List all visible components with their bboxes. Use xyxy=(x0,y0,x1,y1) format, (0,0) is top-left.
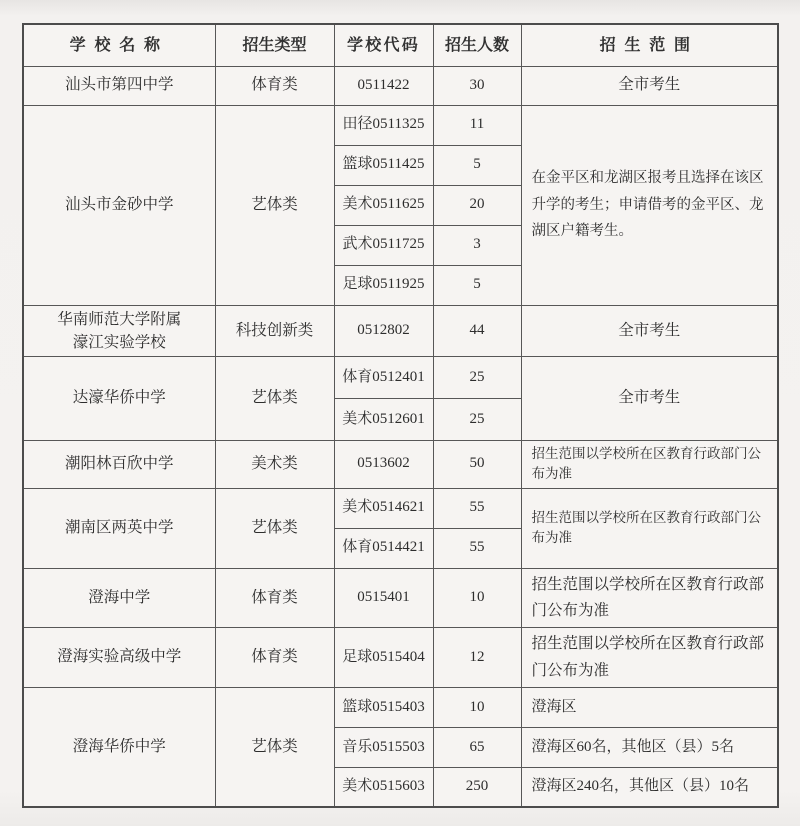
code-cell: 体育0514421 xyxy=(334,528,433,568)
code-cell: 美术0511625 xyxy=(334,185,433,225)
count-cell: 20 xyxy=(433,185,521,225)
count-cell: 30 xyxy=(433,66,521,105)
header-admission-type: 招生类型 xyxy=(215,24,334,66)
school-cell: 汕头市金砂中学 xyxy=(23,105,215,305)
code-cell: 美术0515603 xyxy=(334,767,433,807)
type-cell: 体育类 xyxy=(215,66,334,105)
count-cell: 10 xyxy=(433,568,521,628)
school-cell: 达濠华侨中学 xyxy=(23,357,215,441)
school-cell: 汕头市第四中学 xyxy=(23,66,215,105)
count-cell: 25 xyxy=(433,357,521,399)
code-cell: 美术0512601 xyxy=(334,399,433,441)
code-cell: 足球0511925 xyxy=(334,265,433,305)
code-cell: 音乐0515503 xyxy=(334,727,433,767)
header-row: 学校名称 招生类型 学校代码 招生人数 招生范围 xyxy=(23,24,778,66)
header-school-code: 学校代码 xyxy=(334,24,433,66)
table-row: 汕头市金砂中学 艺体类 田径0511325 11 在金平区和龙湖区报考且选择在该… xyxy=(23,105,778,145)
count-cell: 55 xyxy=(433,488,521,528)
scope-cell: 澄海区 xyxy=(521,687,778,727)
code-cell: 田径0511325 xyxy=(334,105,433,145)
code-cell: 武术0511725 xyxy=(334,225,433,265)
scope-cell: 招生范围以学校所在区教育行政部门公布为准 xyxy=(521,568,778,628)
header-admission-count: 招生人数 xyxy=(433,24,521,66)
code-cell: 足球0515404 xyxy=(334,628,433,688)
table-row: 澄海华侨中学 艺体类 篮球0515403 10 澄海区 xyxy=(23,687,778,727)
table-row: 澄海中学 体育类 0515401 10 招生范围以学校所在区教育行政部门公布为准 xyxy=(23,568,778,628)
header-school-name: 学校名称 xyxy=(23,24,215,66)
header-admission-scope: 招生范围 xyxy=(521,24,778,66)
type-cell: 艺体类 xyxy=(215,687,334,807)
scope-cell: 全市考生 xyxy=(521,66,778,105)
table-row: 达濠华侨中学 艺体类 体育0512401 25 全市考生 xyxy=(23,357,778,399)
count-cell: 55 xyxy=(433,528,521,568)
school-cell: 澄海中学 xyxy=(23,568,215,628)
scope-cell: 在金平区和龙湖区报考且选择在该区升学的考生；申请借考的金平区、龙湖区户籍考生。 xyxy=(521,105,778,305)
scope-cell: 澄海区60名，其他区（县）5名 xyxy=(521,727,778,767)
table-row: 潮阳林百欣中学 美术类 0513602 50 招生范围以学校所在区教育行政部门公… xyxy=(23,441,778,489)
code-cell: 0512802 xyxy=(334,305,433,357)
count-cell: 25 xyxy=(433,399,521,441)
table-row: 潮南区两英中学 艺体类 美术0514621 55 招生范围以学校所在区教育行政部… xyxy=(23,488,778,528)
count-cell: 3 xyxy=(433,225,521,265)
count-cell: 11 xyxy=(433,105,521,145)
admissions-table: 学校名称 招生类型 学校代码 招生人数 招生范围 汕头市第四中学 体育类 051… xyxy=(22,23,779,808)
count-cell: 10 xyxy=(433,687,521,727)
school-cell: 澄海实验高级中学 xyxy=(23,628,215,688)
code-cell: 体育0512401 xyxy=(334,357,433,399)
type-cell: 艺体类 xyxy=(215,357,334,441)
type-cell: 艺体类 xyxy=(215,105,334,305)
code-cell: 0513602 xyxy=(334,441,433,489)
count-cell: 250 xyxy=(433,767,521,807)
type-cell: 体育类 xyxy=(215,568,334,628)
scope-cell: 全市考生 xyxy=(521,305,778,357)
document-page: 学校名称 招生类型 学校代码 招生人数 招生范围 汕头市第四中学 体育类 051… xyxy=(0,0,800,826)
school-cell: 潮阳林百欣中学 xyxy=(23,441,215,489)
code-cell: 0515401 xyxy=(334,568,433,628)
count-cell: 65 xyxy=(433,727,521,767)
school-cell: 澄海华侨中学 xyxy=(23,687,215,807)
school-cell: 华南师范大学附属 濠江实验学校 xyxy=(23,305,215,357)
scope-cell: 澄海区240名，其他区（县）10名 xyxy=(521,767,778,807)
scope-cell: 招生范围以学校所在区教育行政部门公布为准 xyxy=(521,628,778,688)
type-cell: 科技创新类 xyxy=(215,305,334,357)
table-row: 澄海实验高级中学 体育类 足球0515404 12 招生范围以学校所在区教育行政… xyxy=(23,628,778,688)
table-row: 华南师范大学附属 濠江实验学校 科技创新类 0512802 44 全市考生 xyxy=(23,305,778,357)
scope-cell: 全市考生 xyxy=(521,357,778,441)
code-cell: 0511422 xyxy=(334,66,433,105)
scope-cell: 招生范围以学校所在区教育行政部门公布为准 xyxy=(521,441,778,489)
table-row: 汕头市第四中学 体育类 0511422 30 全市考生 xyxy=(23,66,778,105)
type-cell: 艺体类 xyxy=(215,488,334,568)
school-cell: 潮南区两英中学 xyxy=(23,488,215,568)
count-cell: 50 xyxy=(433,441,521,489)
count-cell: 5 xyxy=(433,265,521,305)
code-cell: 篮球0511425 xyxy=(334,145,433,185)
type-cell: 体育类 xyxy=(215,628,334,688)
type-cell: 美术类 xyxy=(215,441,334,489)
count-cell: 5 xyxy=(433,145,521,185)
code-cell: 篮球0515403 xyxy=(334,687,433,727)
count-cell: 12 xyxy=(433,628,521,688)
code-cell: 美术0514621 xyxy=(334,488,433,528)
count-cell: 44 xyxy=(433,305,521,357)
scope-cell: 招生范围以学校所在区教育行政部门公布为准 xyxy=(521,488,778,568)
